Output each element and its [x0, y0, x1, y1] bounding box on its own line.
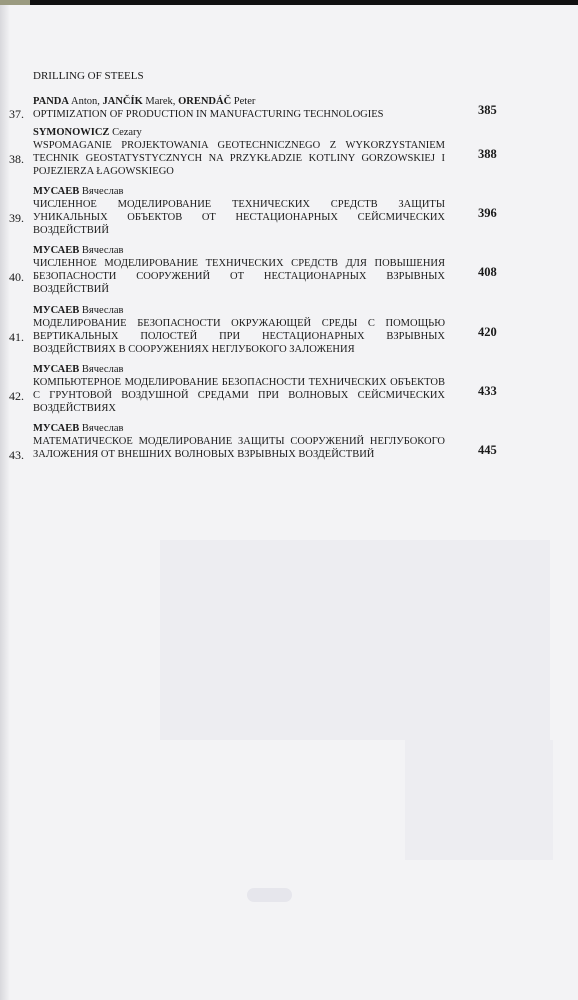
entry-body: МУСАЕВ ВячеславЧИСЛЕННОЕ МОДЕЛИРОВАНИЕ Т… [33, 185, 445, 237]
entry-authors: SYMONOWICZ Cezary [33, 126, 445, 139]
entry-page-number[interactable]: 445 [478, 444, 497, 457]
entry-number: 43. [9, 449, 24, 462]
entry-body: МУСАЕВ ВячеславКОМПЬЮТЕРНОЕ МОДЕЛИРОВАНИ… [33, 363, 445, 415]
entry-number: 41. [9, 331, 24, 344]
author-surname: МУСАЕВ [33, 245, 79, 256]
entry-title: МОДЕЛИРОВАНИЕ БЕЗОПАСНОСТИ ОКРУЖАЮЩЕЙ СР… [33, 317, 445, 356]
entry-authors: МУСАЕВ Вячеслав [33, 244, 445, 257]
entry-title: КОМПЬЮТЕРНОЕ МОДЕЛИРОВАНИЕ БЕЗОПАСНОСТИ … [33, 376, 445, 415]
entry-authors: МУСАЕВ Вячеслав [33, 422, 445, 435]
entry-page-number[interactable]: 420 [478, 326, 497, 339]
entry-authors: МУСАЕВ Вячеслав [33, 185, 445, 198]
author-surname: PANDA [33, 96, 69, 107]
entry-page-number[interactable]: 408 [478, 266, 497, 279]
continued-title-line: DRILLING OF STEELS [33, 70, 144, 82]
entry-title: OPTIMIZATION OF PRODUCTION IN MANUFACTUR… [33, 108, 445, 121]
entry-body: SYMONOWICZ CezaryWSPOMAGANIE PROJEKTOWAN… [33, 126, 445, 178]
entry-title: WSPOMAGANIE PROJEKTOWANIA GEOTECHNICZNEG… [33, 139, 445, 178]
entry-body: МУСАЕВ ВячеславМАТЕМАТИЧЕСКОЕ МОДЕЛИРОВА… [33, 422, 445, 461]
entry-body: МУСАЕВ ВячеславЧИСЛЕННОЕ МОДЕЛИРОВАНИЕ Т… [33, 244, 445, 296]
author-surname: МУСАЕВ [33, 423, 79, 434]
author-surname: МУСАЕВ [33, 305, 79, 316]
entry-number: 38. [9, 153, 24, 166]
entry-page-number[interactable]: 388 [478, 148, 497, 161]
entry-body: PANDA Anton, JANČÍK Marek, ORENDÁČ Peter… [33, 95, 445, 121]
entry-page-number[interactable]: 385 [478, 104, 497, 117]
author-surname: JANČÍK [103, 96, 143, 107]
entry-page-number[interactable]: 433 [478, 385, 497, 398]
entry-body: МУСАЕВ ВячеславМОДЕЛИРОВАНИЕ БЕЗОПАСНОСТ… [33, 304, 445, 356]
entry-authors: МУСАЕВ Вячеслав [33, 304, 445, 317]
bleed-through-block [160, 540, 550, 740]
bleed-through-page-number [247, 888, 292, 902]
entry-number: 39. [9, 212, 24, 225]
author-surname: ORENDÁČ [178, 96, 231, 107]
entry-authors: МУСАЕВ Вячеслав [33, 363, 445, 376]
author-surname: МУСАЕВ [33, 186, 79, 197]
entry-title: МАТЕМАТИЧЕСКОЕ МОДЕЛИРОВАНИЕ ЗАЩИТЫ СООР… [33, 435, 445, 461]
bleed-through-block [405, 740, 553, 860]
author-surname: МУСАЕВ [33, 364, 79, 375]
entry-authors: PANDA Anton, JANČÍK Marek, ORENDÁČ Peter [33, 95, 445, 108]
entry-number: 42. [9, 390, 24, 403]
scan-top-edge [0, 0, 578, 5]
author-surname: SYMONOWICZ [33, 127, 109, 138]
entry-number: 40. [9, 271, 24, 284]
entry-title: ЧИСЛЕННОЕ МОДЕЛИРОВАНИЕ ТЕХНИЧЕСКИХ СРЕД… [33, 257, 445, 296]
entry-number: 37. [9, 108, 24, 121]
entry-page-number[interactable]: 396 [478, 207, 497, 220]
entry-title: ЧИСЛЕННОЕ МОДЕЛИРОВАНИЕ ТЕХНИЧЕСКИХ СРЕД… [33, 198, 445, 237]
